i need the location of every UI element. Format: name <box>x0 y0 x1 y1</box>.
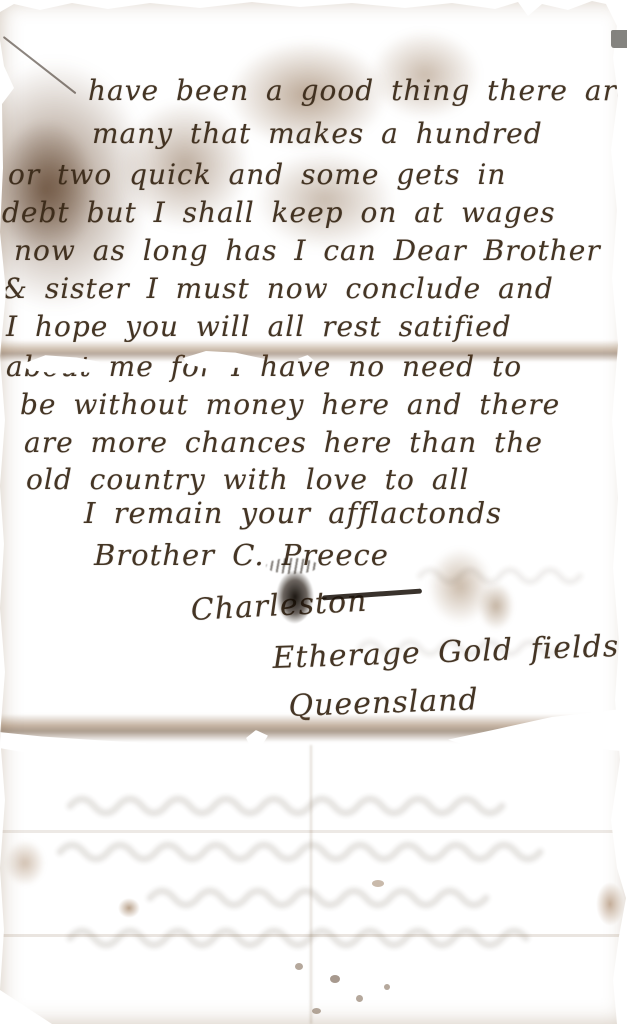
letter-line: have been a good thing there are <box>88 76 627 107</box>
letter-line: & sister I must now conclude and <box>2 274 554 305</box>
letter-line: I hope you will all rest satified <box>6 312 512 343</box>
paper-sheet: have been a good thing there are many th… <box>0 0 627 1024</box>
stain-spot <box>118 898 140 918</box>
ink-speck <box>330 975 340 983</box>
letter-signature-line: Brother C. Preece <box>94 540 389 572</box>
letter-line: are more chances here than the <box>24 428 543 459</box>
stray-pen-stroke <box>3 36 77 94</box>
smudge-fingerprint <box>428 548 492 624</box>
letter-place-line: Queensland <box>288 683 479 723</box>
letter-line: or two quick and some gets in <box>8 160 506 191</box>
stain-spot <box>596 882 624 926</box>
stain-blotch <box>5 840 45 886</box>
fold-crease <box>0 934 627 937</box>
fold-crease <box>0 830 627 833</box>
letter-place-line: Etherage Gold fields <box>272 630 620 675</box>
scanner-artifact <box>611 30 627 48</box>
vertical-fold-crease <box>310 745 312 1024</box>
ink-speck <box>356 995 363 1002</box>
letter-line: debt but I shall keep on at wages <box>2 198 556 229</box>
letter-line: many that makes a hundred <box>92 119 543 150</box>
letter-line: old country with love to all <box>26 465 469 496</box>
letter-line: be without money here and there <box>20 390 560 421</box>
ink-speck <box>312 1008 321 1014</box>
ink-speck <box>295 963 303 970</box>
ink-speck <box>372 880 384 887</box>
smudge-fingerprint <box>478 582 514 630</box>
letter-line: now as long has I can Dear Brother <box>14 236 601 267</box>
scanned-letter-page: have been a good thing there are many th… <box>0 0 627 1024</box>
ink-speck <box>384 984 390 990</box>
letter-closing-line: I remain your afflactonds <box>84 498 502 530</box>
